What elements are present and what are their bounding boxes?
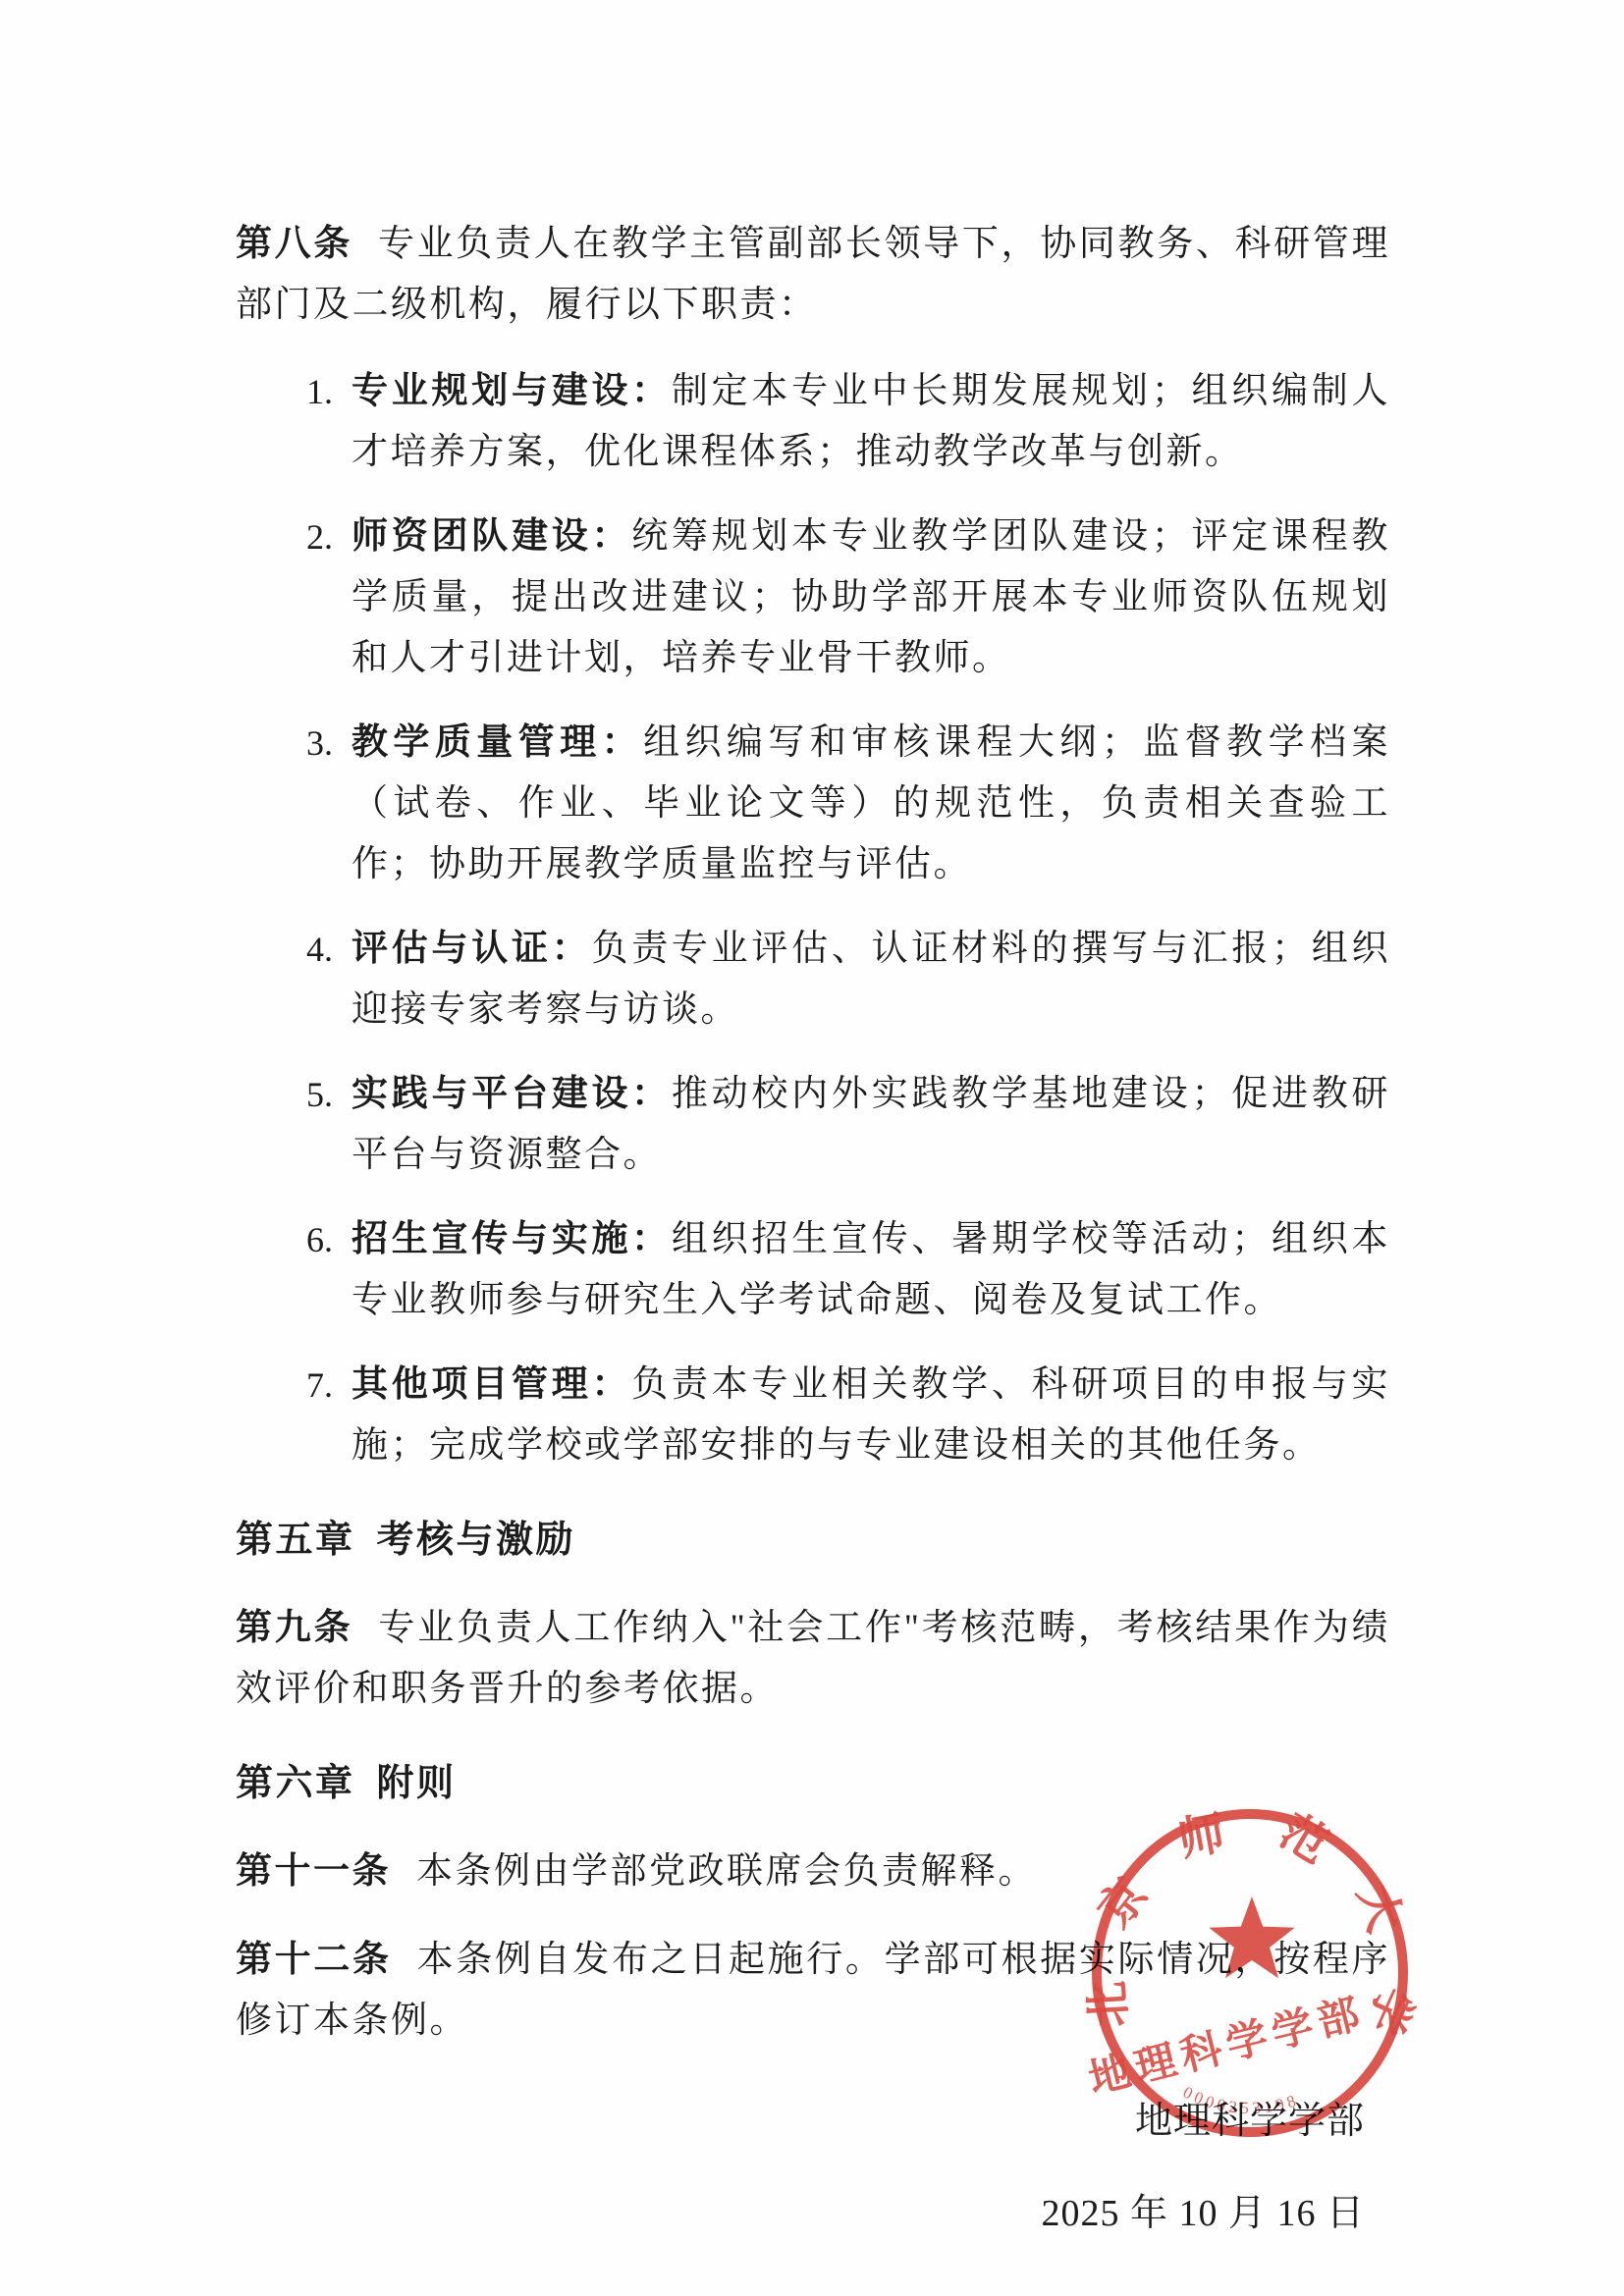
chapter-6-title: 附则 (377, 1763, 457, 1804)
article-9-label: 第九条 (236, 1608, 352, 1648)
duty-title: 评估与认证： (352, 929, 591, 969)
duty-title: 招生宣传与实施： (352, 1219, 672, 1259)
chapter-6-heading: 第六章附则 (236, 1753, 1390, 1814)
list-item: 5. 实践与平台建设：推动校内外实践教学基地建设；促进教研平台与资源整合。 (236, 1064, 1390, 1186)
chapter-5-heading: 第五章考核与激励 (236, 1510, 1390, 1571)
list-item: 6. 招生宣传与实施：组织招生宣传、暑期学校等活动；组织本专业教师参与研究生入学… (236, 1209, 1390, 1331)
document-page: 第八条专业负责人在教学主管副部长领导下，协同教务、科研管理部门及二级机构，履行以… (0, 0, 1624, 2296)
duty-title: 其他项目管理： (352, 1364, 631, 1405)
article-9-text: 专业负责人工作纳入"社会工作"考核范畴，考核结果作为绩效评价和职务晋升的参考依据… (236, 1608, 1390, 1709)
article-8-text: 专业负责人在教学主管副部长领导下，协同教务、科研管理部门及二级机构，履行以下职责… (236, 224, 1390, 325)
article-12-label: 第十二条 (236, 1940, 392, 1980)
list-item: 7. 其他项目管理：负责本专业相关教学、科研项目的申报与实施；完成学校或学部安排… (236, 1355, 1390, 1476)
list-item: 3. 教学质量管理：组织编写和审核课程大纲；监督教学档案（试卷、作业、毕业论文等… (236, 713, 1390, 895)
list-item-number: 3. (306, 713, 352, 895)
list-item-number: 5. (306, 1064, 352, 1186)
list-item-number: 6. (306, 1209, 352, 1331)
chapter-5-label: 第五章 (236, 1520, 355, 1561)
duty-title: 实践与平台建设： (352, 1074, 672, 1114)
list-item-number: 2. (306, 507, 352, 689)
list-item-number: 1. (306, 361, 352, 483)
article-12: 第十二条本条例自发布之日起施行。学部可根据实际情况，按程序修订本条例。 (236, 1930, 1390, 2052)
list-item-number: 4. (306, 919, 352, 1041)
duty-list: 1. 专业规划与建设：制定本专业中长期发展规划；组织编制人才培养方案，优化课程体… (236, 361, 1390, 1476)
article-8-label: 第八条 (236, 224, 352, 264)
list-item: 2. 师资团队建设：统筹规划本专业教学团队建设；评定课程教学质量，提出改进建议；… (236, 507, 1390, 689)
list-item: 4. 评估与认证：负责专业评估、认证材料的撰写与汇报；组织迎接专家考察与访谈。 (236, 919, 1390, 1041)
article-11: 第十一条本条例由学部党政联席会负责解释。 (236, 1842, 1390, 1902)
article-12-text: 本条例自发布之日起施行。学部可根据实际情况，按程序修订本条例。 (236, 1940, 1390, 2041)
signature-date: 2025 年 10 月 16 日 (236, 2183, 1365, 2244)
list-item: 1. 专业规划与建设：制定本专业中长期发展规划；组织编制人才培养方案，优化课程体… (236, 361, 1390, 483)
signature-department: 地理科学学部 (236, 2091, 1365, 2152)
duty-title: 师资团队建设： (352, 516, 631, 557)
duty-title: 专业规划与建设： (352, 371, 672, 411)
document-content: 第八条专业负责人在教学主管副部长领导下，协同教务、科研管理部门及二级机构，履行以… (236, 214, 1390, 2244)
article-11-label: 第十一条 (236, 1851, 391, 1892)
article-8: 第八条专业负责人在教学主管副部长领导下，协同教务、科研管理部门及二级机构，履行以… (236, 214, 1390, 336)
list-item-number: 7. (306, 1355, 352, 1476)
chapter-5-title: 考核与激励 (377, 1520, 576, 1561)
article-11-text: 本条例由学部党政联席会负责解释。 (416, 1851, 1037, 1892)
article-9: 第九条专业负责人工作纳入"社会工作"考核范畴，考核结果作为绩效评价和职务晋升的参… (236, 1598, 1390, 1720)
duty-title: 教学质量管理： (352, 722, 643, 763)
chapter-6-label: 第六章 (236, 1763, 355, 1804)
signature-block: 地理科学学部 2025 年 10 月 16 日 (236, 2091, 1390, 2244)
